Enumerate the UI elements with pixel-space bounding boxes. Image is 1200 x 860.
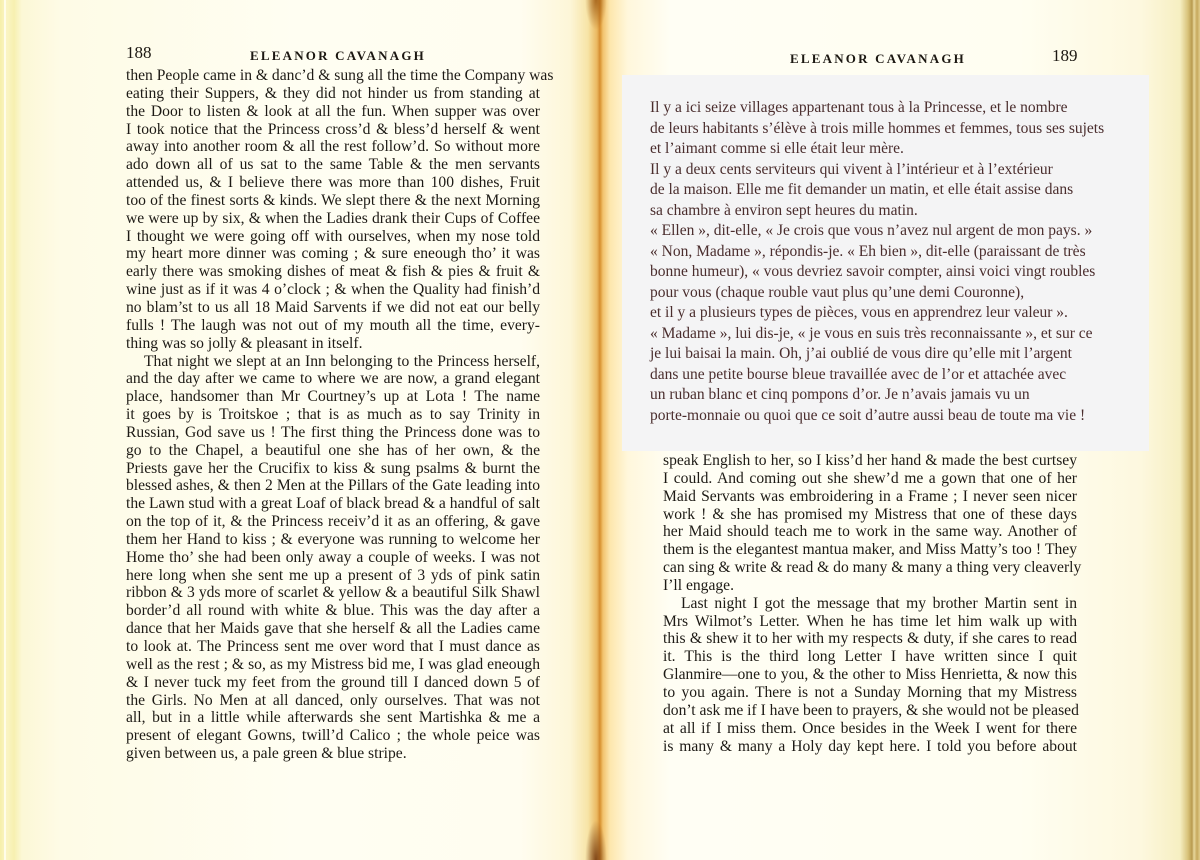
translation-line: pour vous (chaque rouble vaut plus qu’un… [650, 283, 1140, 304]
text-line: this & shew it to her with my respects &… [663, 630, 1077, 648]
text-line: can sing & write & read & do many & many… [663, 559, 1077, 577]
text-line: fulls ! The laugh was not out of my mout… [126, 317, 540, 335]
text-line: Last night I got the message that my bro… [663, 595, 1077, 613]
text-line: work ! & she has promised my Mistress th… [663, 506, 1077, 524]
text-line: I took notice that the Princess cross’d … [126, 121, 540, 139]
text-line: is many & many a Holy day kept here. I t… [663, 738, 1077, 756]
text-line: the Lawn stud with a great Loaf of black… [126, 495, 540, 513]
translation-overlay: Il y a ici seize villages appartenant to… [622, 75, 1149, 451]
gutter-shadow [585, 820, 607, 860]
translation-line: bonne humeur), « vous devriez savoir com… [650, 262, 1140, 283]
text-line: then People came in & danc’d & sung all … [126, 67, 540, 85]
translation-line: je lui baisai la main. Oh, j’ai oublié d… [650, 344, 1140, 365]
translation-line: sa chambre à environ sept heures du mati… [650, 201, 1140, 222]
book-spread: 188 ELEANOR CAVANAGH then People came in… [0, 0, 1200, 860]
page-number-right: 189 [1052, 46, 1078, 66]
text-line: at all if I miss them. Once besides in t… [663, 720, 1077, 738]
translation-line: « Madame », lui dis-je, « je vous en sui… [650, 324, 1140, 345]
page-number-left: 188 [126, 43, 152, 63]
translation-line: et il y a plusieurs types de pièces, vou… [650, 303, 1140, 324]
text-line: away into another room & all the rest fo… [126, 138, 540, 156]
text-line: ribbon & 3 yds more of scarlet & yellow … [126, 584, 540, 602]
translation-line: de leurs habitants s’élève à trois mille… [650, 119, 1140, 140]
translation-line: Il y a ici seize villages appartenant to… [650, 98, 1140, 119]
text-line: speak English to her, so I kiss’d her ha… [663, 452, 1077, 470]
translation-line: « Ellen », dit-elle, « Je crois que vous… [650, 221, 1140, 242]
text-line: don’t ask me if I have been to prayers, … [663, 702, 1077, 720]
right-page-body: speak English to her, so I kiss’d her ha… [663, 452, 1077, 755]
translation-line: de la maison. Elle me fit demander un ma… [650, 180, 1140, 201]
translation-line: et l’aimant comme si elle était leur mèr… [650, 139, 1140, 160]
translation-line: « Non, Madame », répondis-je. « Eh bien … [650, 242, 1140, 263]
text-line: go to the Chapel, a beautiful one she ha… [126, 442, 540, 460]
gutter-shadow [585, 0, 607, 30]
text-line: wine just as if it was 4 o’clock ; & whe… [126, 281, 540, 299]
text-line: thing was so jolly & pleasant in itself. [126, 335, 540, 353]
text-line: I’ll engage. [663, 577, 1077, 595]
translation-line: un ruban blanc et cinq pompons d’or. Je … [650, 385, 1140, 406]
text-line: to look at. The Princess sent me over wo… [126, 638, 540, 656]
running-head-left: ELEANOR CAVANAGH [250, 48, 426, 64]
text-line: blessed ashes, & then 2 Men at the Pilla… [126, 477, 540, 495]
text-line: the Door to listen & look at all the fun… [126, 103, 540, 121]
text-line: place, handsomer than Mr Courtney’s up a… [126, 388, 540, 406]
text-line: & I never tuck my feet from the ground t… [126, 674, 540, 692]
text-line: well as the rest ; & so, as my Mistress … [126, 656, 540, 674]
text-line: Maid Servants was embroidering in a Fram… [663, 488, 1077, 506]
text-line: them is the elegantest mantua maker, and… [663, 541, 1077, 559]
text-line: to you again. There is not a Sunday Morn… [663, 684, 1077, 702]
text-line: attended us, & I believe there was more … [126, 174, 540, 192]
translation-line: dans une petite bourse bleue travaillée … [650, 365, 1140, 386]
text-line: ado down all of us sat to the same Table… [126, 156, 540, 174]
text-line: no blam’st to us all 18 Maid Sarvents if… [126, 299, 540, 317]
text-line: too of the finest sorts & kinds. We slep… [126, 192, 540, 210]
text-line: and the day after we came to where we ar… [126, 370, 540, 388]
text-line: present of elegant Gowns, twill’d Calico… [126, 727, 540, 745]
text-line: dance that her Maids gave that she herse… [126, 620, 540, 638]
text-line: it goes by is Troitskoe ; that is as muc… [126, 406, 540, 424]
text-line: Priests gave her the Crucifix to kiss & … [126, 460, 540, 478]
text-line: eating their Suppers, & they did not hin… [126, 85, 540, 103]
translation-line: Il y a deux cents serviteurs qui vivent … [650, 160, 1140, 181]
text-line: her Maid should teach me to work in the … [663, 523, 1077, 541]
text-line: border’d all round with white & blue. Th… [126, 602, 540, 620]
text-line: Glanmire—one to you, & the other to Miss… [663, 666, 1077, 684]
text-line: the Girls. No Men at all danced, only ou… [126, 692, 540, 710]
translation-line: porte-monnaie ou quoi que ce soit d’autr… [650, 406, 1140, 427]
text-line: Home tho’ she had been only away a coupl… [126, 549, 540, 567]
text-line: my heart more dinner was coming ; & sure… [126, 245, 540, 263]
running-head-right: ELEANOR CAVANAGH [790, 51, 966, 67]
text-line: I could. And coming out she shew’d me a … [663, 470, 1077, 488]
text-line: Mrs Wilmot’s Letter. When he has time le… [663, 613, 1077, 631]
text-line: it. This is the third long Letter I have… [663, 648, 1077, 666]
text-line: on the top of it, & the Princess receiv’… [126, 513, 540, 531]
page-edge [4, 0, 6, 860]
text-line: we were up by six, & when the Ladies dra… [126, 210, 540, 228]
text-line: here long when she sent me up a present … [126, 567, 540, 585]
text-line: all, but in a little while afterwards sh… [126, 709, 540, 727]
left-page-body: then People came in & danc’d & sung all … [126, 67, 540, 763]
text-line: given between us, a pale green & blue st… [126, 745, 540, 763]
text-line: early there was smoking dishes of meat &… [126, 263, 540, 281]
text-line: That night we slept at an Inn belonging … [126, 353, 540, 371]
text-line: I thought we were going off with ourselv… [126, 228, 540, 246]
translation-text: Il y a ici seize villages appartenant to… [650, 98, 1140, 426]
text-line: Russian, God save us ! The first thing t… [126, 424, 540, 442]
text-line: them her Hand to kiss ; & everyone was r… [126, 531, 540, 549]
